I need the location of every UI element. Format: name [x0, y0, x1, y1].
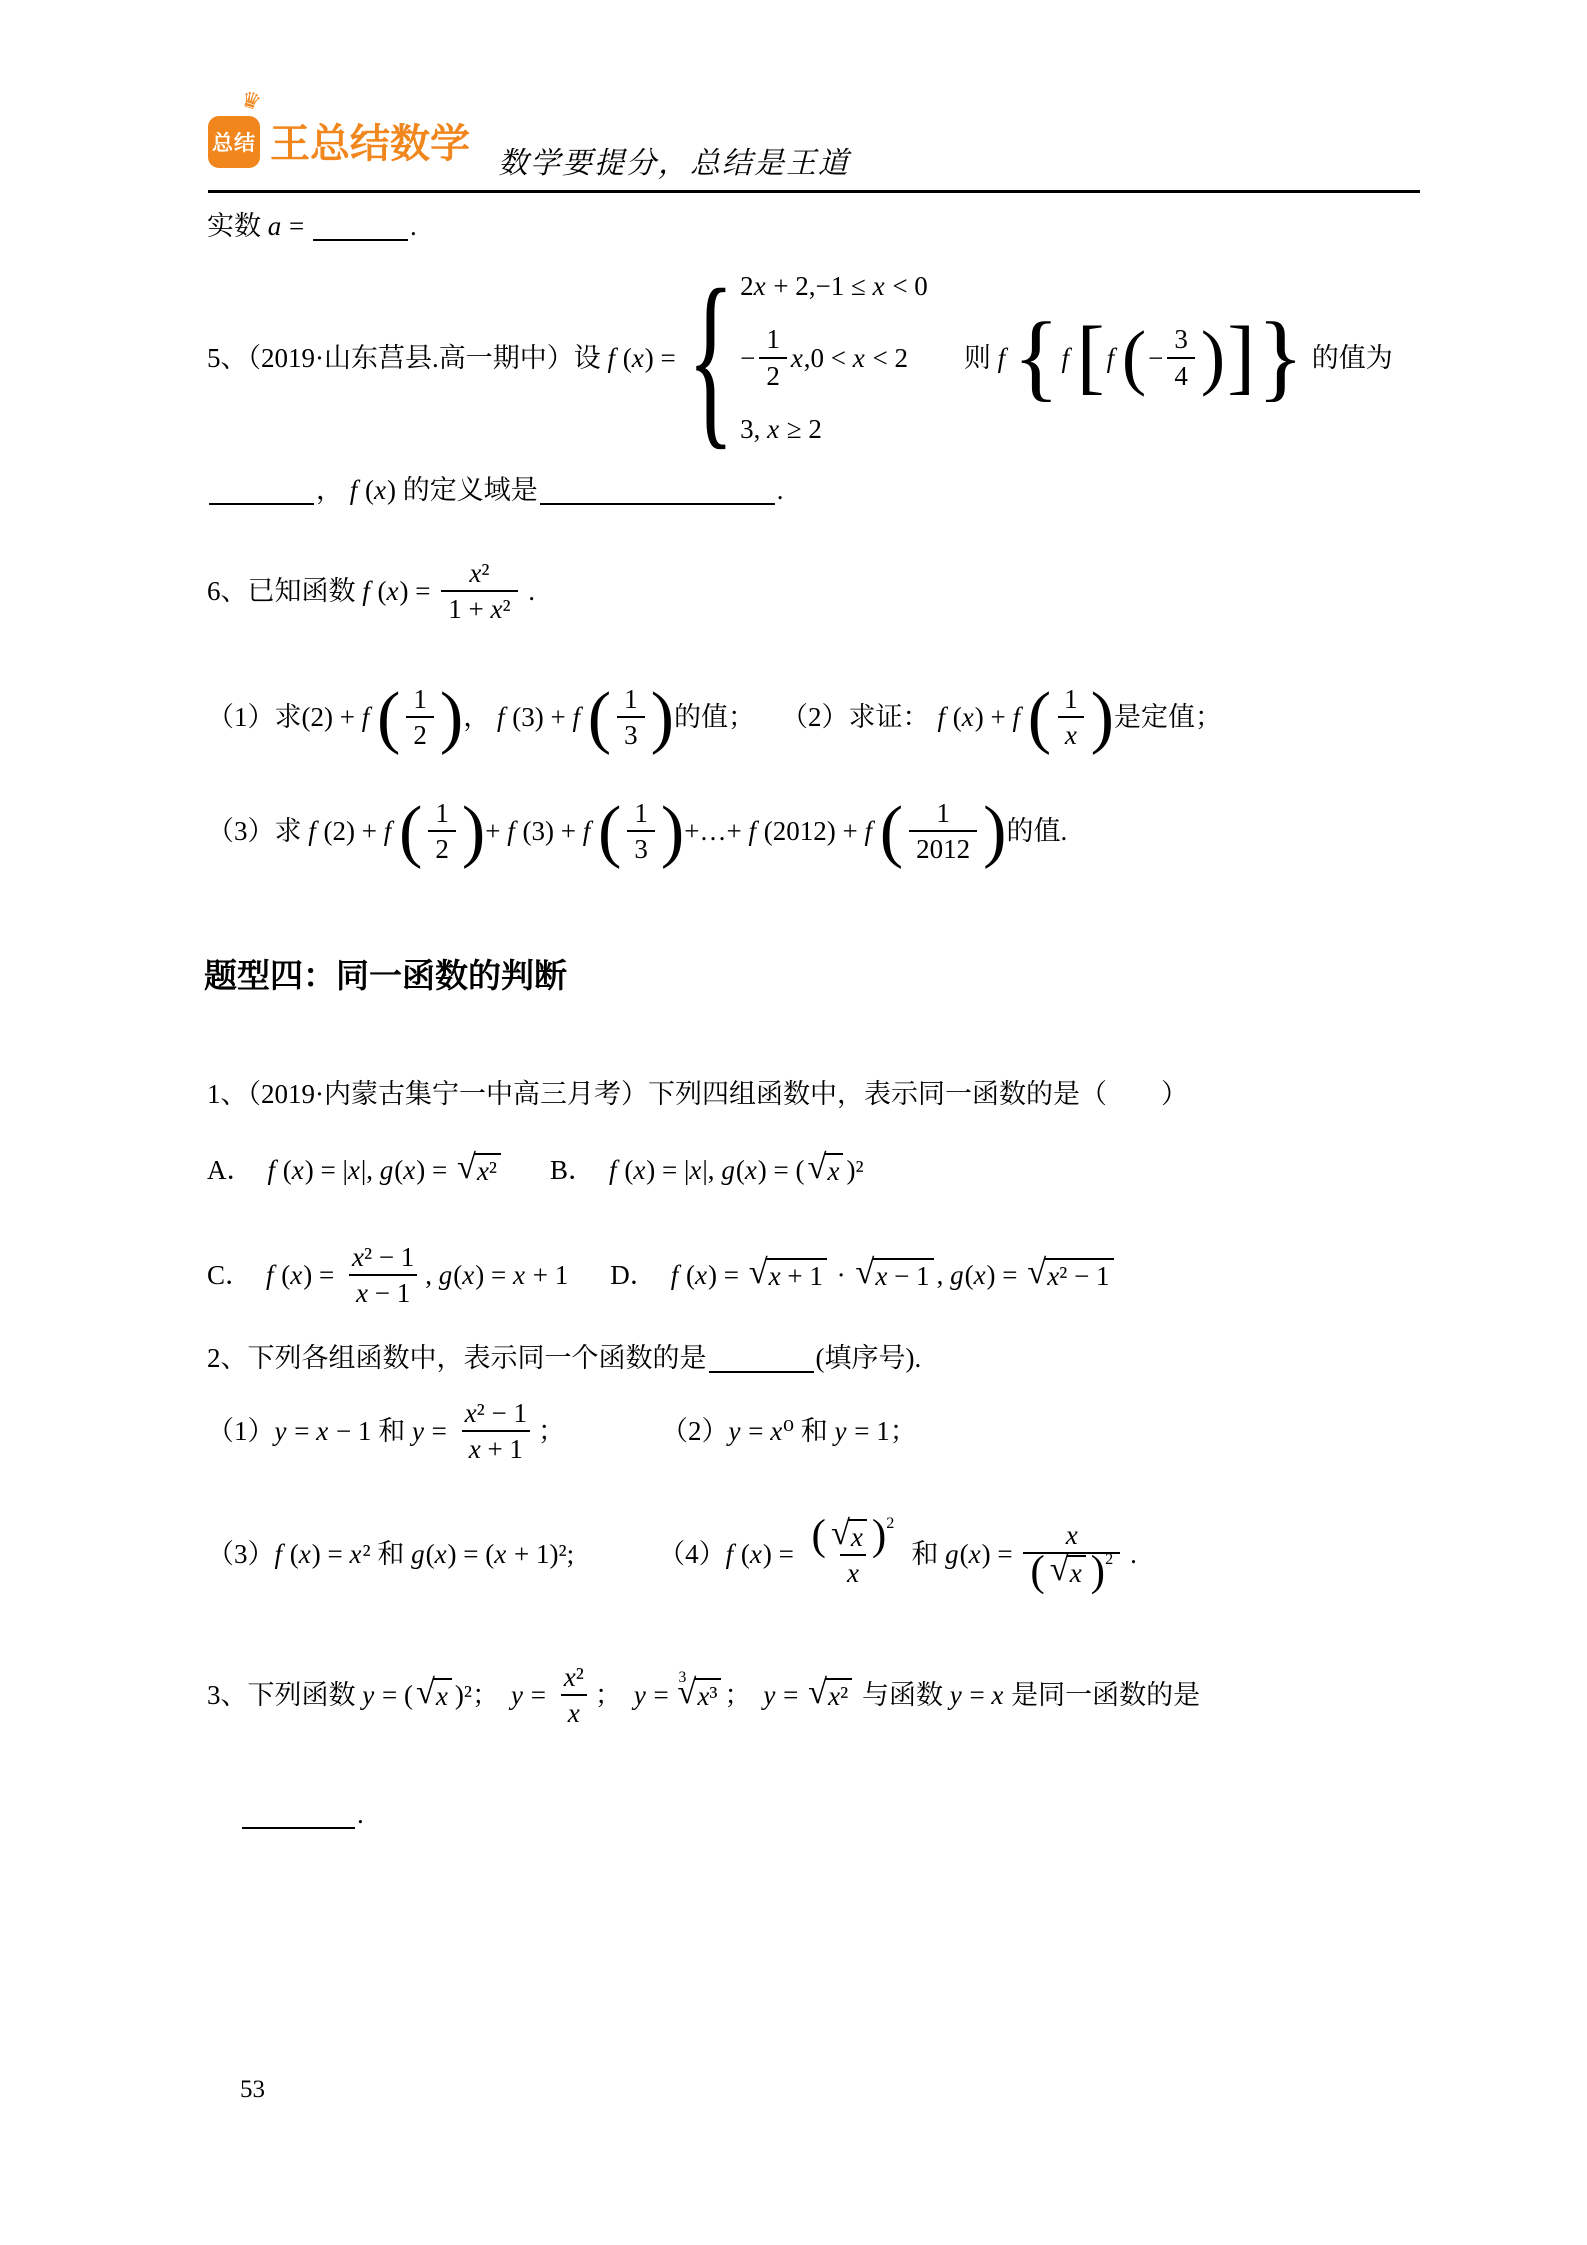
math-run: 2x + 2,−1 ≤ x < 0 — [740, 268, 928, 304]
denominator: 2 — [759, 357, 787, 393]
numerator: 3 — [1167, 322, 1195, 356]
text-run: A． — [207, 1152, 254, 1188]
question-2-parts-3-4: （3）f (x) = x² 和 g(x) = (x + 1)²;（4）f (x)… — [207, 1518, 1137, 1591]
open-bracket: ( — [377, 691, 400, 744]
answer-blank — [540, 475, 775, 505]
math-run: y = x — [950, 1677, 1011, 1713]
open-bracket: ( — [598, 805, 621, 858]
radicand: x — [1067, 1555, 1086, 1589]
cases-row: 2x + 2,−1 ≤ x < 0 — [740, 268, 928, 304]
question-2-parts-1-2: （1）y = x − 1 和 y = x² − 1x + 1；（2）y = x⁰… — [207, 1396, 917, 1467]
sqrt-radical: √x — [1050, 1555, 1086, 1589]
text-run: 与函数 — [855, 1677, 950, 1713]
math-run: f — [1061, 340, 1076, 376]
fraction: 12012 — [909, 796, 977, 867]
text-run: (填序号). — [816, 1340, 922, 1376]
close-bracket: ) — [661, 805, 684, 858]
math-run: f (x) = — [671, 1257, 746, 1293]
math-run: − — [1148, 340, 1163, 376]
worksheet-page: 总结 ♛ 王总结数学 数学要提分，总结是王道 实数 a = . 5、（2019·… — [0, 0, 1587, 2245]
text-run: ； — [538, 1413, 565, 1449]
math-run: f — [1107, 340, 1122, 376]
text-run: （1） — [207, 1413, 275, 1449]
text-run: . — [777, 472, 784, 508]
denominator: x − 1 — [349, 1274, 417, 1310]
cases-brace: { — [688, 285, 735, 431]
radicand: x − 1 — [872, 1258, 933, 1292]
bracket-content: −34 — [1146, 322, 1201, 393]
open-bracket: { — [1013, 321, 1060, 394]
math-run: f (x) = — [362, 573, 437, 609]
close-bracket: } — [1257, 321, 1304, 394]
logo-badge-text: 总结 — [212, 127, 256, 157]
open-bracket: ( — [1028, 691, 1051, 744]
numerator: x² − 1 — [458, 1396, 534, 1430]
close-bracket: ) — [1201, 330, 1225, 385]
math-run: f (x) — [343, 472, 403, 508]
answer-blank — [242, 1799, 355, 1829]
text-run: 和 — [377, 1536, 404, 1572]
math-run: 3, x ≥ 2 — [740, 411, 822, 447]
text-run: 的值. — [1006, 813, 1067, 849]
options-c-d-line: C．f (x) = x² − 1x − 1, g(x) = x + 1D．f (… — [207, 1240, 1117, 1311]
text-run: ， — [463, 699, 490, 735]
close-bracket: ) — [983, 805, 1006, 858]
numerator: x — [1059, 1518, 1085, 1552]
math-run: y = — [763, 1677, 805, 1713]
text-run: B． — [550, 1152, 595, 1188]
text-run: . — [522, 573, 536, 609]
close-bracket: ) — [651, 691, 674, 744]
text-run: ； — [595, 1677, 622, 1713]
numerator: 1 — [929, 796, 957, 830]
text-run: 和 — [801, 1413, 828, 1449]
superscript: 2 — [886, 1515, 894, 1531]
piecewise-cases: {2x + 2,−1 ≤ x < 0−12x,0 < x < 23, x ≥ 2 — [688, 268, 927, 448]
bracket-group: (√x) — [812, 1519, 887, 1553]
question-3-answer-blank: . — [240, 1796, 364, 1832]
numerator: 1 — [406, 682, 434, 716]
line-real-number-blank: 实数 a = . — [207, 208, 417, 244]
denominator: 4 — [1167, 357, 1195, 393]
sqrt-radical: √x² — [808, 1678, 852, 1712]
math-run: g(x) = — [938, 1536, 1019, 1572]
brand-name: 王总结数学 — [270, 112, 470, 169]
sqrt-radical: √x − 1 — [855, 1258, 933, 1292]
denominator: 2 — [428, 830, 456, 866]
math-run: y = — [634, 1677, 676, 1713]
crown-icon: ♛ — [238, 87, 264, 114]
math-run: x,0 < x < 2 — [791, 340, 908, 376]
close-bracket: ) — [462, 805, 485, 858]
fraction: x(√x)2 — [1023, 1518, 1120, 1591]
denominator: x — [840, 1554, 866, 1590]
text-run: . — [410, 208, 417, 244]
bracket-content: 12 — [400, 682, 440, 753]
radicand: x³ — [694, 1678, 721, 1712]
open-bracket: ( — [880, 805, 903, 858]
fraction: x² − 1x − 1 — [345, 1240, 421, 1311]
close-bracket: ] — [1227, 326, 1255, 389]
close-bracket: ) — [872, 1520, 886, 1552]
fraction: 12 — [406, 682, 434, 753]
question-3-line: 3、下列函数 y = (√x)²；y = x²x；y = 3√x³；y = √x… — [207, 1660, 1200, 1731]
bracket-group: [f (−34)] — [1077, 322, 1255, 393]
math-run: y = x⁰ — [728, 1413, 800, 1449]
radical-sign: √ — [416, 1676, 435, 1709]
problem-6-part-3: （3）求 f (2) + f (12)+ f (3) + f (13)+…+ f… — [207, 796, 1067, 867]
open-bracket: ( — [588, 691, 611, 744]
bracket-group: (12) — [399, 796, 485, 867]
open-bracket: [ — [1077, 326, 1105, 389]
section-heading: 题型四：同一函数的判断 — [204, 950, 567, 997]
text-run: （2） — [661, 1413, 729, 1449]
math-run: )² — [455, 1677, 472, 1713]
sqrt-radical: √x — [416, 1678, 452, 1712]
question-1-line: 1、（2019·内蒙古集宁一中高三月考）下列四组函数中，表示同一函数的是（ ） — [207, 1076, 1188, 1112]
radical-sign: √ — [831, 1517, 850, 1550]
problem-5-answer-line: ， f (x) 的定义域是. — [207, 472, 784, 508]
text-run: . — [1130, 1536, 1137, 1572]
denominator: 3 — [627, 830, 655, 866]
fraction: 12 — [759, 322, 787, 393]
numerator: (√x)2 — [805, 1518, 902, 1554]
text-run: 5、（2019·山东莒县.高一期中）设 — [207, 340, 608, 376]
fraction: 13 — [617, 682, 645, 753]
options-a-b-line: A．f (x) = |x|, g(x) = √x²B．f (x) = |x|, … — [207, 1152, 864, 1188]
bracket-content: 1x — [1051, 682, 1091, 753]
math-run: y = ( — [362, 1677, 413, 1713]
fraction: x² − 1x + 1 — [458, 1396, 534, 1467]
bracket-content: 12 — [422, 796, 462, 867]
text-run: 是定值； — [1114, 699, 1222, 735]
bracket-group: (1x) — [1028, 682, 1114, 753]
math-run: + f (3) + f — [485, 813, 598, 849]
text-run: 是同一函数的是 — [1011, 1677, 1200, 1713]
text-run: 和 — [911, 1536, 938, 1572]
problem-5-line: 5、（2019·山东莒县.高一期中）设 f (x) = {2x + 2,−1 ≤… — [207, 268, 1393, 448]
text-run: ； — [724, 1677, 751, 1713]
text-run: （2）求证： — [781, 699, 930, 735]
bracket-group: {f [f (−34)]} — [1013, 321, 1304, 394]
radicand: x — [824, 1153, 843, 1187]
bracket-content: 13 — [621, 796, 661, 867]
radicand: x — [848, 1519, 867, 1553]
superscript: 2 — [1105, 1551, 1113, 1567]
numerator: x² − 1 — [345, 1240, 421, 1274]
radical-sign: √ — [808, 1676, 827, 1709]
math-run: f (2) + f — [308, 813, 399, 849]
text-run: 2、下列各组函数中，表示同一个函数的是 — [207, 1340, 707, 1376]
math-run: y = 1 — [828, 1413, 890, 1449]
denominator: 1 + x² — [441, 590, 517, 626]
text-run: . — [357, 1796, 364, 1832]
text-run: （4） — [658, 1536, 726, 1572]
fraction: 34 — [1167, 322, 1195, 393]
math-run: f (x) = |x|, g(x) = ( — [609, 1152, 804, 1188]
cases-row: −12x,0 < x < 2 — [740, 322, 908, 393]
math-run: f (3) + f — [490, 699, 588, 735]
logo-badge: 总结 — [208, 116, 260, 168]
radical-sign: √ — [1027, 1256, 1046, 1289]
radicand: x² — [825, 1678, 852, 1712]
numerator: 1 — [428, 796, 456, 830]
text-run: 的值； — [674, 699, 755, 735]
denominator: x — [1058, 716, 1084, 752]
text-run: ； — [472, 1677, 499, 1713]
page-number: 53 — [240, 2076, 265, 2104]
numerator: x² — [557, 1660, 591, 1694]
math-run: f (x) = — [266, 1257, 341, 1293]
numerator: 1 — [1057, 682, 1085, 716]
math-run: f (x) + f — [937, 699, 1027, 735]
problem-6-parts-1-2: （1）求(2) + f (12)， f (3) + f (13)的值；（2）求证… — [207, 682, 1222, 753]
radical-sign: √ — [749, 1256, 768, 1289]
radical-sign: √ — [808, 1151, 827, 1184]
math-run: a = — [261, 208, 311, 244]
bracket-group: (−34) — [1122, 322, 1225, 393]
radical-sign: √ — [457, 1151, 476, 1184]
numerator: 1 — [759, 322, 787, 356]
numerator: 1 — [617, 682, 645, 716]
fraction: (√x)2x — [805, 1518, 902, 1591]
text-run: C． — [207, 1257, 252, 1293]
sqrt-radical: 3√x³ — [679, 1678, 722, 1712]
sqrt-radical: √x² − 1 — [1027, 1258, 1113, 1292]
text-run: （3）求 — [207, 813, 308, 849]
answer-blank — [209, 475, 314, 505]
text-run: 则 — [964, 340, 998, 376]
answer-blank — [709, 1343, 814, 1373]
math-run: · — [830, 1257, 853, 1293]
math-run: )² — [846, 1152, 863, 1188]
text-run: 和 — [378, 1413, 405, 1449]
math-run: y = — [511, 1677, 553, 1713]
radicand: x² — [474, 1153, 501, 1187]
math-run: f (x) = — [726, 1536, 801, 1572]
math-run: g(x) = (x + 1)²; — [404, 1536, 574, 1572]
bracket-content: f (−34) — [1105, 322, 1228, 393]
fraction: x²1 + x² — [441, 556, 517, 627]
answer-blank — [313, 211, 408, 241]
bracket-group: (13) — [598, 796, 684, 867]
close-bracket: ) — [440, 691, 463, 744]
math-run: +…+ f (2012) + f — [684, 813, 879, 849]
radical-sign: √ — [1050, 1553, 1069, 1586]
text-run: ， — [316, 472, 343, 508]
fraction: 12 — [428, 796, 456, 867]
math-run: f (x) = — [608, 340, 683, 376]
radicand: x + 1 — [766, 1258, 827, 1292]
text-run: 1、（2019·内蒙古集宁一中高三月考）下列四组函数中，表示同一函数的是（ ） — [207, 1076, 1188, 1112]
bracket-content: 12012 — [903, 796, 983, 867]
numerator: 1 — [627, 796, 655, 830]
text-run: 实数 — [207, 208, 261, 244]
text-run: 3、下列函数 — [207, 1677, 362, 1713]
bracket-content: √x — [1045, 1555, 1091, 1589]
bracket-group: (13) — [588, 682, 674, 753]
radicand: x — [433, 1678, 452, 1712]
cases-column: 2x + 2,−1 ≤ x < 0−12x,0 < x < 23, x ≥ 2 — [740, 268, 928, 448]
denominator: x — [561, 1694, 587, 1730]
denominator: (√x)2 — [1023, 1552, 1120, 1590]
fraction: 1x — [1057, 682, 1085, 753]
text-run: D． — [610, 1257, 657, 1293]
cases-row: 3, x ≥ 2 — [740, 411, 822, 447]
fraction: 13 — [627, 796, 655, 867]
math-run: , g(x) = — [937, 1257, 1025, 1293]
math-run: f — [998, 340, 1013, 376]
root-index: 3 — [679, 1670, 687, 1686]
math-run: y = — [405, 1413, 453, 1449]
close-bracket: ) — [1091, 1556, 1105, 1588]
close-bracket: ) — [1091, 691, 1114, 744]
denominator: 2012 — [909, 830, 977, 866]
numerator: x² — [462, 556, 496, 590]
text-run: 的定义域是 — [403, 472, 538, 508]
math-run: − — [740, 340, 755, 376]
radical-sign: √ — [855, 1256, 874, 1289]
math-run: y = x − 1 — [275, 1413, 379, 1449]
text-run: 的值为 — [1312, 340, 1393, 376]
denominator: x + 1 — [462, 1430, 530, 1466]
bracket-content: 13 — [611, 682, 651, 753]
denominator: 2 — [406, 716, 434, 752]
fraction: x²x — [557, 1660, 591, 1731]
sqrt-radical: √x² — [457, 1153, 501, 1187]
open-bracket: ( — [1122, 330, 1146, 385]
header-rule — [208, 190, 1420, 193]
math-run: f (x) = x² — [275, 1536, 378, 1572]
bracket-content: f [f (−34)] — [1059, 322, 1257, 393]
math-run: , g(x) = x + 1 — [425, 1257, 568, 1293]
bracket-group: (12012) — [880, 796, 1007, 867]
bracket-group: (12) — [377, 682, 463, 753]
open-bracket: ( — [1030, 1556, 1044, 1588]
tagline: 数学要提分，总结是王道 — [498, 138, 850, 182]
text-run: ； — [890, 1413, 917, 1449]
text-run: 6、已知函数 — [207, 573, 362, 609]
problem-6-line: 6、已知函数 f (x) = x²1 + x² . — [207, 556, 535, 627]
text-run: （3） — [207, 1536, 275, 1572]
question-2-line: 2、下列各组函数中，表示同一个函数的是(填序号). — [207, 1340, 921, 1376]
sqrt-radical: √x — [831, 1519, 867, 1553]
math-run: f (x) = |x|, g(x) = — [268, 1152, 454, 1188]
open-bracket: ( — [399, 805, 422, 858]
denominator: 3 — [617, 716, 645, 752]
text-run: （1）求 — [207, 699, 302, 735]
sqrt-radical: √x — [808, 1153, 844, 1187]
math-run: (2) + f — [302, 699, 377, 735]
bracket-group: (√x) — [1030, 1555, 1105, 1589]
open-bracket: ( — [812, 1520, 826, 1552]
sqrt-radical: √x + 1 — [749, 1258, 827, 1292]
bracket-content: √x — [826, 1519, 872, 1553]
radicand: x² − 1 — [1044, 1258, 1113, 1292]
